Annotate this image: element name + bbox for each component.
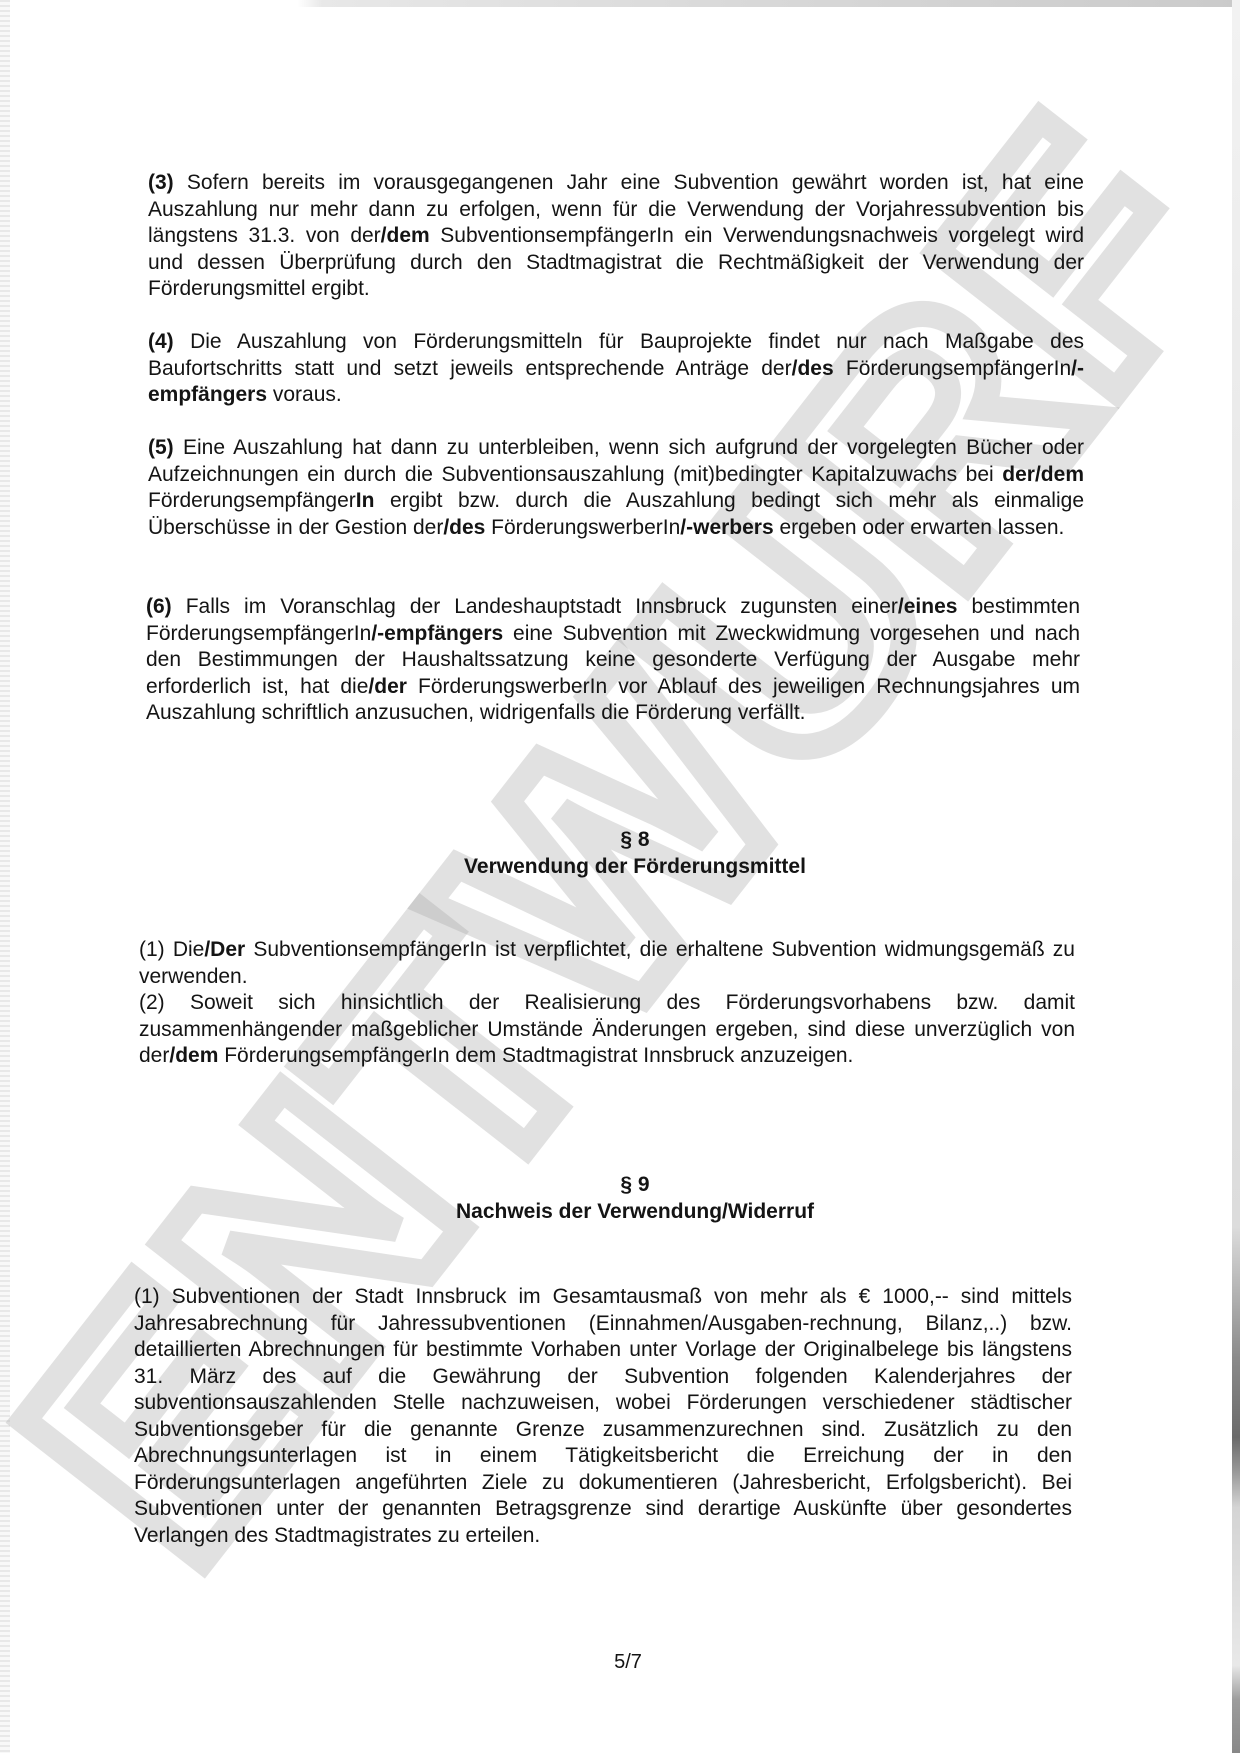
text: Förderungsempfänger [148, 489, 356, 512]
bold-text: (6) [146, 595, 172, 618]
paragraph-7-5: (5) Eine Auszahlung hat dann zu unterble… [148, 435, 1084, 541]
paragraph-8-1: (1) Die/Der SubventionsempfängerIn ist v… [139, 937, 1075, 990]
bold-text: (5) [148, 436, 174, 459]
paragraph-9-1: (1) Subventionen der Stadt Innsbruck im … [134, 1284, 1072, 1549]
document-page: (3) Sofern bereits im vorausgegangenen J… [0, 0, 1240, 1753]
bold-text: (3) [148, 171, 174, 194]
bold-text: /der [368, 675, 407, 698]
bold-text: /dem [169, 1044, 218, 1067]
bold-text: /des [792, 357, 834, 380]
text: (1) Die [139, 938, 204, 961]
paragraph-7-3: (3) Sofern bereits im vorausgegangenen J… [148, 170, 1084, 303]
paragraph-8-2: (2) Soweit sich hinsichtlich der Realisi… [139, 990, 1075, 1070]
bold-text: /-empfängers [371, 622, 503, 645]
bold-text: der/dem [1002, 463, 1084, 486]
bold-text: /Der [204, 938, 245, 961]
section-9-title: Nachweis der Verwendung/Widerruf [0, 1198, 1240, 1225]
bold-text: /dem [381, 224, 430, 247]
section-9-number: § 9 [0, 1171, 1240, 1198]
text: FörderungswerberIn [485, 516, 680, 539]
text: voraus. [267, 383, 342, 406]
text: FörderungsempfängerIn [834, 357, 1072, 380]
bold-text: /des [443, 516, 485, 539]
bold-text: /-werbers [680, 516, 773, 539]
section-8-title: Verwendung der Förderungsmittel [0, 853, 1240, 880]
bold-text: (4) [148, 330, 174, 353]
text: FörderungsempfängerIn dem Stadtmagistrat… [218, 1044, 853, 1067]
text: (1) Subventionen der Stadt Innsbruck im … [134, 1285, 1072, 1547]
bold-text: /eines [898, 595, 958, 618]
text: SubventionsempfängerIn ist verpflichtet,… [139, 938, 1075, 988]
section-8-heading: § 8 Verwendung der Förderungsmittel [0, 826, 1240, 880]
section-9-heading: § 9 Nachweis der Verwendung/Widerruf [0, 1171, 1240, 1225]
page-number: 5/7 [0, 1651, 1240, 1674]
section-8-number: § 8 [0, 826, 1240, 853]
paragraph-7-4: (4) Die Auszahlung von Förderungsmitteln… [148, 329, 1084, 409]
text: Falls im Voranschlag der Landeshauptstad… [172, 595, 898, 618]
bold-text: In [356, 489, 375, 512]
text: ergeben oder erwarten lassen. [774, 516, 1065, 539]
paragraph-7-6: (6) Falls im Voranschlag der Landeshaupt… [146, 594, 1080, 727]
text: Eine Auszahlung hat dann zu unterbleiben… [148, 436, 1084, 486]
